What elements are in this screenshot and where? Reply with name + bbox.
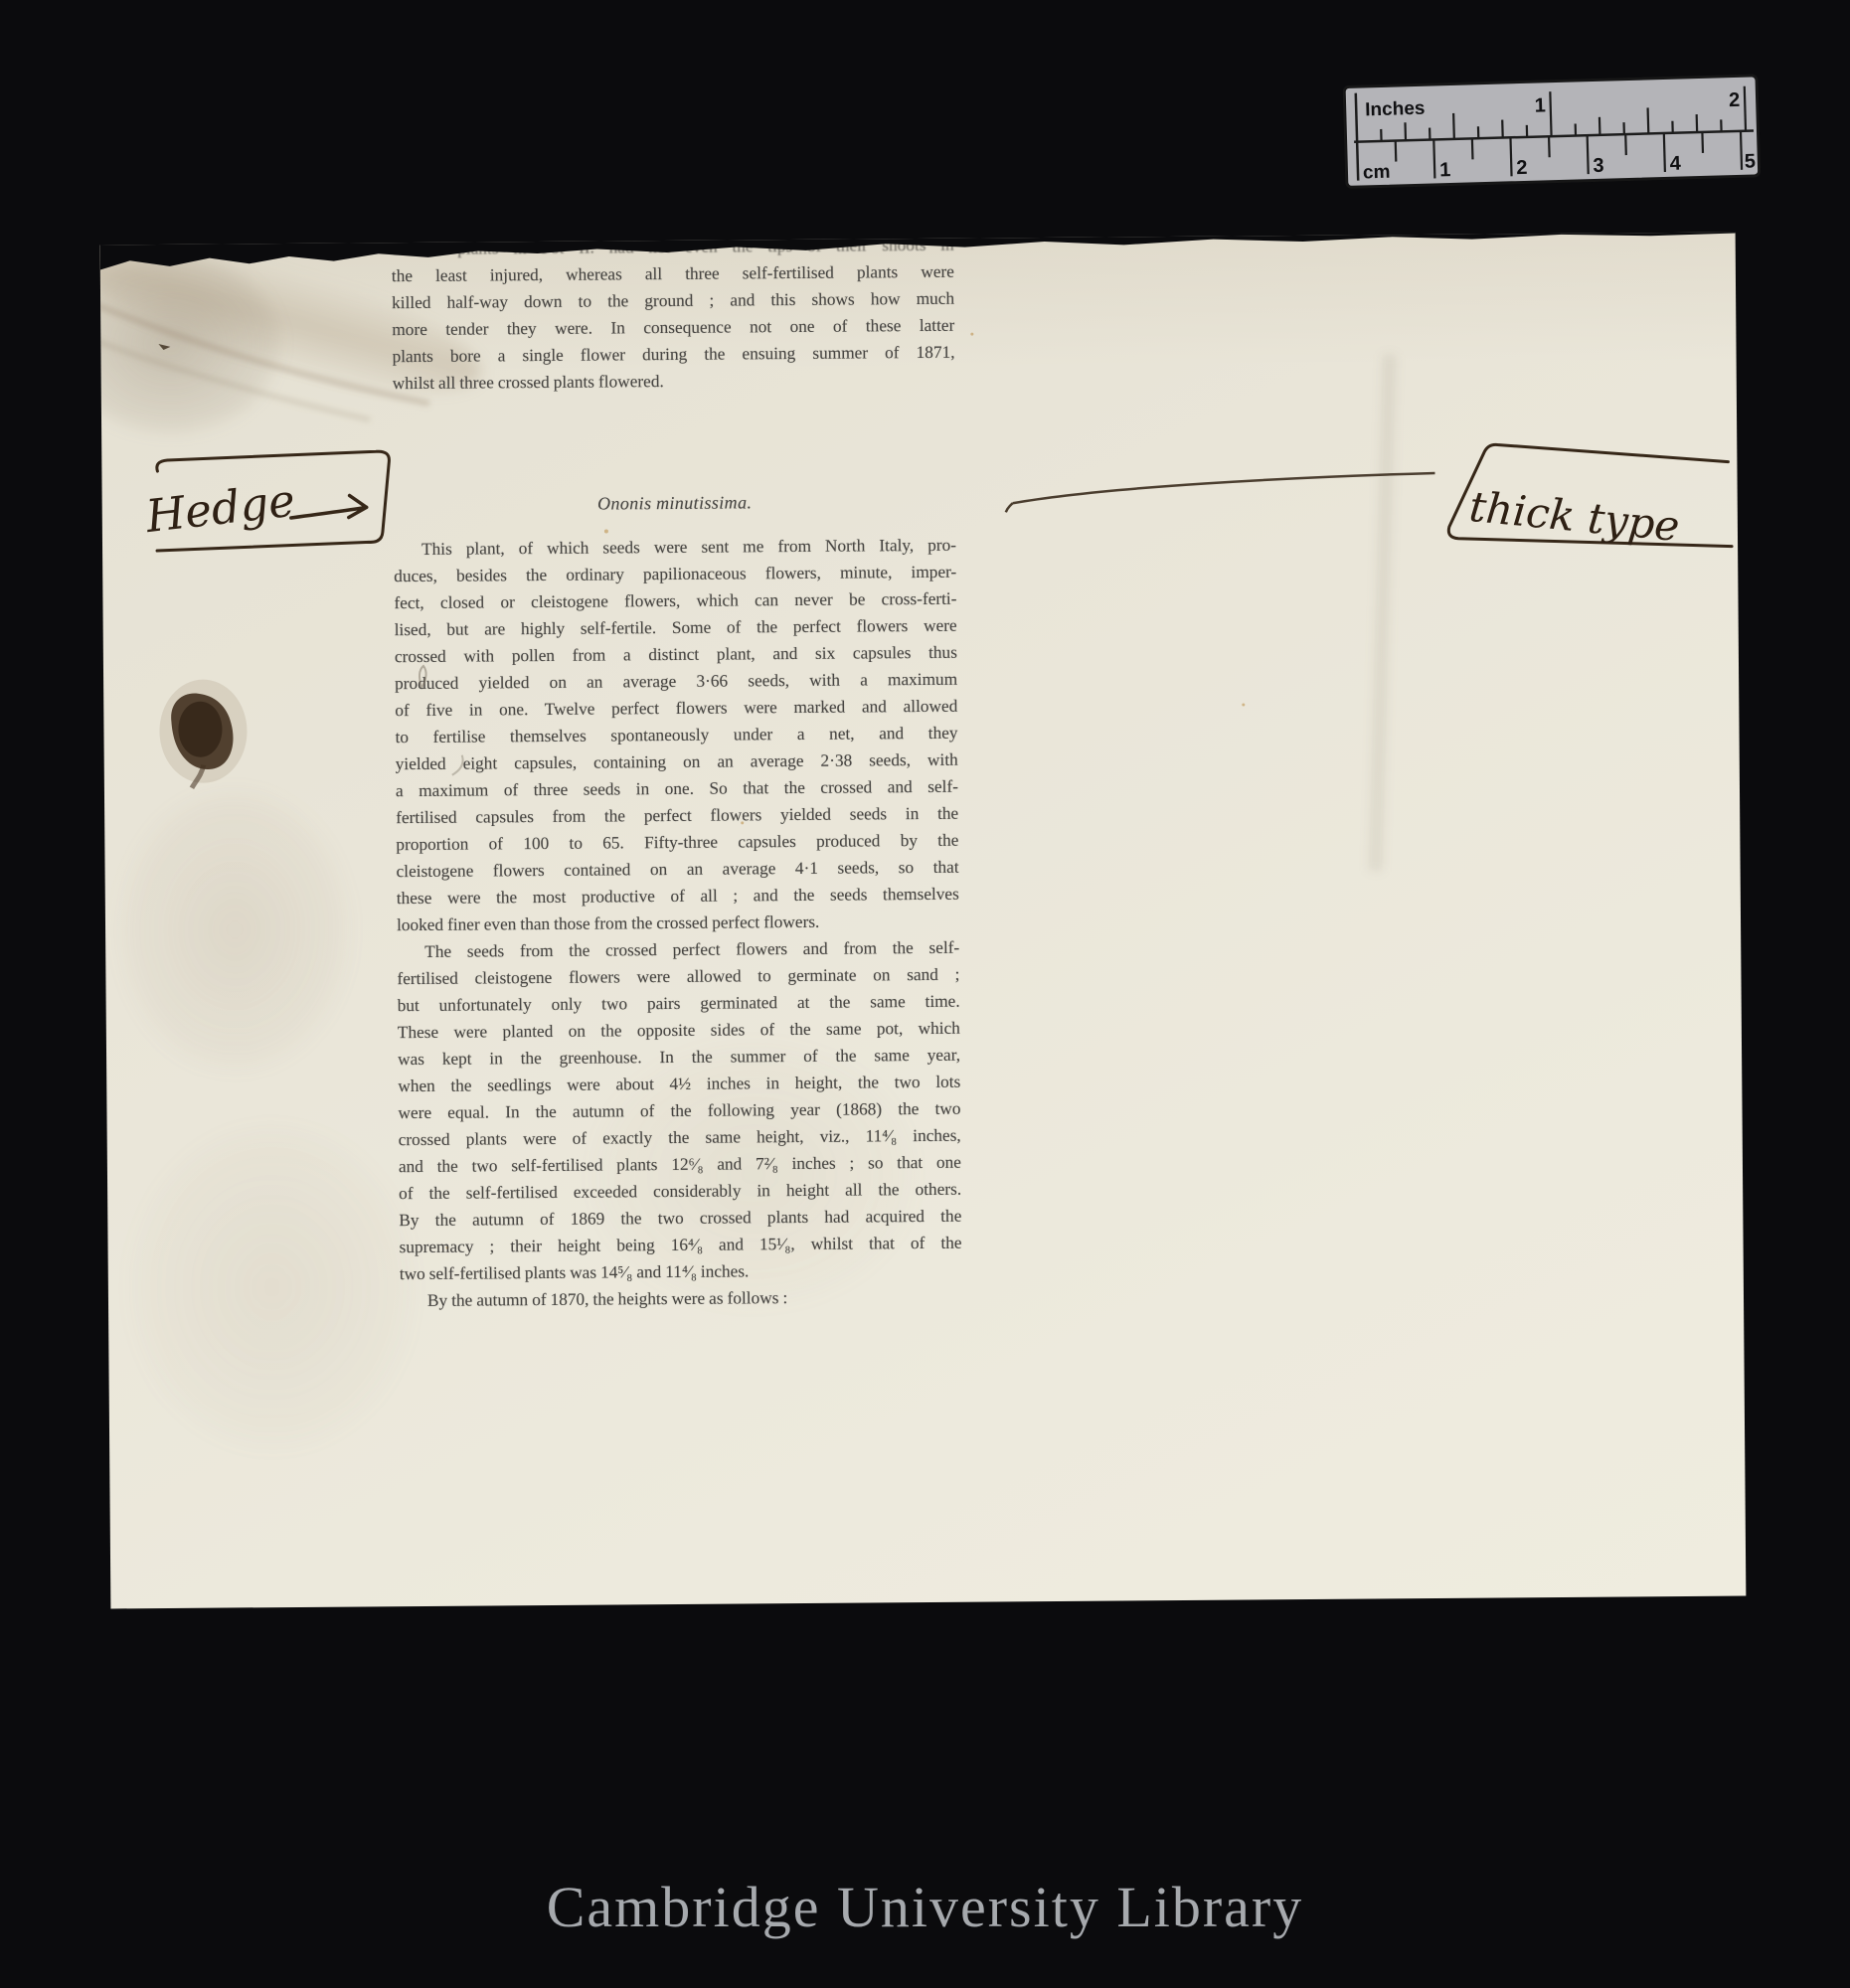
ruler-tick	[1625, 134, 1626, 155]
handwritten-note-left: Hedge	[142, 474, 297, 544]
pencil-mark	[420, 666, 426, 688]
ruler-tick	[1588, 135, 1589, 174]
ruler-number: 4	[1669, 153, 1682, 175]
ruler-tick	[1396, 141, 1397, 162]
photo-backdrop: Inches cm 1212345 crossed plants in Pot …	[0, 0, 1850, 1988]
ruler-tick	[1741, 131, 1742, 170]
ruler-tick	[1433, 139, 1434, 178]
ruler-tick	[1697, 114, 1698, 132]
arrow-right-icon	[291, 495, 367, 518]
ruler-number: 2	[1516, 157, 1528, 179]
pencil-mark	[452, 755, 463, 775]
ruler-number: 3	[1593, 155, 1604, 177]
ink-blot-core	[178, 702, 222, 757]
ruler-tick	[1549, 136, 1550, 157]
ruler-number: 5	[1745, 150, 1757, 172]
ruler-tick	[1453, 113, 1454, 139]
ruler-number: 1	[1439, 159, 1451, 181]
ruler-tick	[1550, 91, 1551, 136]
ruler-tick	[1664, 133, 1665, 172]
ruler-tick	[1405, 122, 1406, 140]
ruler-inches-label: Inches	[1365, 98, 1426, 121]
ruler-tick	[1510, 137, 1511, 176]
ruler: Inches cm 1212345	[1343, 74, 1762, 189]
ruler-scale: Inches cm 1212345	[1343, 74, 1762, 189]
ruler-number: 2	[1729, 89, 1741, 111]
ruler-tick	[1702, 132, 1703, 153]
ruler-tick	[1472, 138, 1473, 159]
ink-annotations: Hedge thick type	[100, 233, 1747, 1609]
ruler-number: 1	[1534, 94, 1546, 116]
ruler-cm-label: cm	[1363, 162, 1391, 184]
ink-speck	[158, 344, 170, 350]
paper-crease	[100, 302, 429, 407]
annotation-connector-line	[1005, 473, 1434, 512]
ruler-tick	[1502, 120, 1503, 138]
library-credit: Cambridge University Library	[0, 1874, 1850, 1940]
ruler-tick	[1745, 86, 1746, 131]
document-page: crossed plants in Pot II. had not even t…	[100, 233, 1747, 1609]
ruler-tick	[1599, 117, 1600, 135]
ruler-tick	[1648, 107, 1649, 133]
